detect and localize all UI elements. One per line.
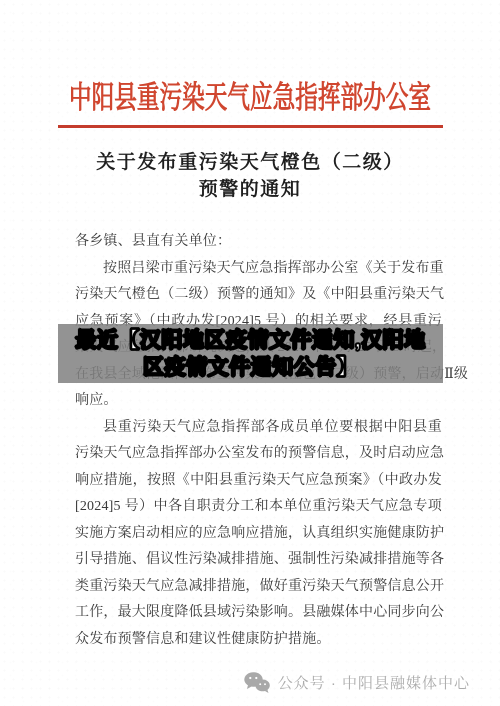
body-line: 类重污染天气应急减排措施，做好重污染天气预警信息公开 [75, 574, 442, 601]
notice-title-line1: 关于发布重污染天气橙色（二级） [0, 149, 500, 176]
body-line: 众发布预警信息和建议性健康防护措施。 [75, 627, 442, 654]
body-line: 响应。 [75, 388, 442, 415]
watermark-caption-band: 最近【汉阳地区疫情文件通知,汉阳地 区疫情文件通知公告】 [58, 324, 443, 383]
footer-credit: 公众号 · 中阳县融媒体中心 [244, 672, 470, 693]
notice-body: 各乡镇、县直有关单位：按照吕梁市重污染天气应急指挥部办公室《关于发布重污染天气橙… [75, 229, 442, 653]
notice-title-line2: 预警的通知 [0, 176, 500, 203]
body-line: 引导措施、倡议性污染减排措施、强制性污染减排措施等各 [75, 547, 442, 574]
notice-title: 关于发布重污染天气橙色（二级） 预警的通知 [0, 149, 500, 203]
document-page: 中阳县重污染天气应急指挥部办公室 关于发布重污染天气橙色（二级） 预警的通知 各… [0, 0, 500, 706]
body-line: [2024]5 号）中各自职责分工和本单位重污染天气应急专项 [75, 494, 442, 521]
body-line: 污染天气橙色（二级）预警的通知》及《中阳县重污染天气 [75, 282, 442, 309]
letterhead-title: 中阳县重污染天气应急指挥部办公室 [68, 72, 433, 117]
wechat-icon [244, 672, 270, 693]
watermark-caption-line1: 最近【汉阳地区疫情文件通知,汉阳地 [75, 327, 425, 354]
watermark-caption-line2: 区疫情文件通知公告】 [143, 354, 358, 381]
body-line: 工作，最大限度降低县域污染影响。县融媒体中心同步向公 [75, 600, 442, 627]
footer-credit-text: 公众号 · 中阳县融媒体中心 [278, 672, 470, 693]
body-line: 各乡镇、县直有关单位： [75, 229, 442, 256]
body-line: 按照吕梁市重污染天气应急指挥部办公室《关于发布重 [75, 256, 442, 283]
body-line: 响应措施，按照《中阳县重污染天气应急预案》（中政办发 [75, 468, 442, 495]
body-line: 污染天气应急指挥部办公室发布的预警信息，及时启动应急 [75, 441, 442, 468]
body-line: 实施方案启动相应的应急响应措施，认真组织实施健康防护 [75, 521, 442, 548]
body-line: 县重污染天气应急指挥部各成员单位要根据中阳县重 [75, 415, 442, 442]
letterhead-divider-line [58, 125, 443, 128]
